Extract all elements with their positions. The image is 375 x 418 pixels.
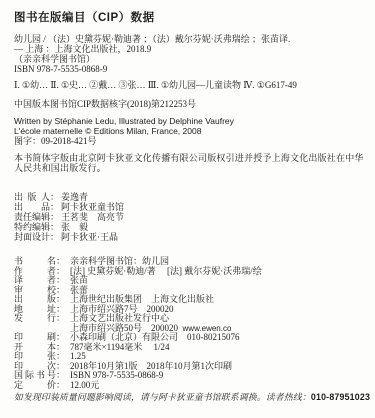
staff-value: 阿卡狄亚·王晶 [61, 232, 118, 242]
colon: ： [56, 381, 65, 391]
book-info-section: 书名：亲亲科学图书馆：幼儿园 作者：[法] 史黛芬妮·勒迪/著 [法] 戴尔芬妮… [14, 257, 365, 390]
staff-row: 封面设计：阿卡狄亚·王晶 [14, 232, 365, 242]
cip-registration-number: 中国版本图书馆CIP数据核字(2018)第212253号 [14, 99, 365, 109]
book-info-row: 定价：12.00元 [14, 381, 365, 391]
cip-record-line: — 上海 ：上海文化出版社，2018.9 [14, 44, 365, 54]
book-info-row: 国际书号：ISBN 978-7-5535-0868-9 [14, 371, 365, 381]
cip-series-line: （亲亲科学图书馆） [14, 54, 365, 64]
staff-label: 责任编辑 [14, 212, 50, 222]
credit-line-en: Written by Stéphanie Ledu, Illustrated b… [14, 116, 365, 126]
staff-label: 特约编辑 [14, 222, 50, 232]
book-info-row: 出版：上海世纪出版集团 上海文化出版社 [14, 295, 365, 305]
quality-notice-text: 如发现印装质量问题影响阅读，请与阿卡狄亚童书馆联系调换。读者热线： [14, 392, 311, 402]
staff-row: 特约编辑：张 毅 [14, 222, 365, 232]
cip-record: 幼儿园 / （法）史黛芬妮·勒迪著 ；（法）戴尔芬妮·沃弗瑞绘 ；张苗译. — … [14, 34, 365, 74]
staff-label: 封面设计 [14, 232, 50, 242]
cip-isbn-line: ISBN 978-7-5535-0868-9 [14, 64, 365, 74]
quality-notice: 如发现印装质量问题影响阅读，请与阿卡狄亚童书馆联系调换。读者热线：010-879… [14, 392, 365, 402]
colon: ： [50, 192, 59, 202]
colon: ： [50, 222, 59, 232]
original-title-line: L'école maternelle © Editions Milan, Fra… [14, 126, 365, 136]
book-info-row: 作者：[法] 史黛芬妮·勒迪/著 [法] 戴尔芬妮·沃弗瑞/绘 [14, 267, 365, 277]
info-value: 12.00元 [70, 381, 99, 391]
colon: ： [50, 232, 59, 242]
book-info-row: 印刷：小森印刷（北京）有限公司 010-80215076 [14, 333, 365, 343]
colon: ： [50, 212, 59, 222]
staff-section: 出版人：姜逸青 出品：阿卡狄亚童书馆 责任编辑：王茗斐 高亮节 特约编辑：张 毅… [14, 192, 365, 242]
info-value: [法] 史黛芬妮·勒迪/著 [法] 戴尔芬妮·沃弗瑞/绘 [70, 267, 262, 277]
info-label: 定价 [14, 381, 56, 391]
cip-copyright-page: 图书在版编目（CIP）数据 幼儿园 / （法）史黛芬妮·勒迪著 ；（法）戴尔芬妮… [0, 0, 375, 418]
colon: ： [56, 314, 65, 324]
cip-classification: Ⅰ. ①幼… Ⅱ. ①史… ②戴… ③张… Ⅲ. ①幼儿园—儿童读物 Ⅳ. ①G… [14, 80, 365, 90]
staff-row: 责任编辑：王茗斐 高亮节 [14, 212, 365, 222]
copyright-section: Written by Stéphanie Ledu, Illustrated b… [14, 116, 365, 173]
staff-value: 张 毅 [61, 222, 88, 232]
book-info-row: 译者：张苗 [14, 276, 365, 286]
info-label: 发行 [14, 314, 56, 324]
staff-row: 出版人：姜逸青 [14, 192, 365, 202]
license-number-line: 图字：09-2018-421号 [14, 136, 365, 146]
staff-label: 出版人 [14, 192, 50, 202]
book-info-row: 发行：上海文艺出版社发行中心 [14, 314, 365, 324]
staff-value: 王茗斐 高亮节 [61, 212, 124, 222]
staff-value: 阿卡狄亚童书馆 [61, 202, 124, 212]
cip-title: 图书在版编目（CIP）数据 [14, 12, 365, 25]
staff-value: 姜逸青 [61, 192, 88, 202]
book-info-row: 地址：上海市绍兴路7号 200020 [14, 305, 365, 315]
reader-hotline: 010-87951023 [311, 392, 370, 402]
cip-record-line: 幼儿园 / （法）史黛芬妮·勒迪著 ；（法）戴尔芬妮·沃弗瑞绘 ；张苗译. [14, 34, 365, 44]
colon: ： [50, 202, 59, 212]
book-info-row: 开本：787毫米×1194毫米 1/24 [14, 343, 365, 353]
rights-statement: 本书简体字版由北京阿卡狄亚文化传播有限公司版权引进并授予上海文化出版社在中华人民… [14, 153, 365, 173]
staff-row: 出品：阿卡狄亚童书馆 [14, 202, 365, 212]
book-info-row: 印次：2018年10月第1版 2018年10月第1次印刷 [14, 362, 365, 372]
staff-label: 出品 [14, 202, 50, 212]
